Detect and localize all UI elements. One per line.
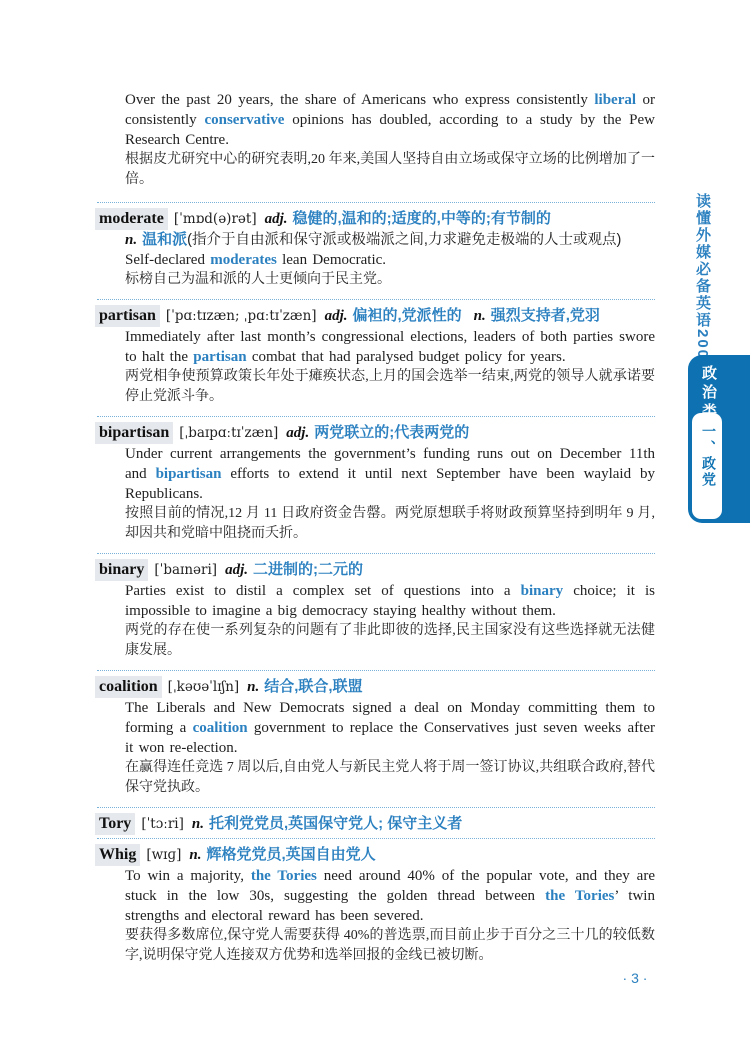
example-sentence: Immediately after last month’s congressi… — [125, 327, 655, 367]
highlighted-term: conservative — [204, 112, 284, 128]
example-sentence: Over the past 20 years, the share of Ame… — [125, 90, 655, 150]
highlighted-term: the Tories — [251, 868, 317, 884]
translation-text: 按照目前的情况,12 月 11 日政府资金告罄。两党原想联手将财政预算坚持到明年… — [125, 504, 655, 544]
translation-text: 在赢得连任竞选 7 周以后,自由党人与新民主党人将于周一签订协议,共组联合政府,… — [125, 758, 655, 798]
dict-entry: bipartisan[ˌbaɪpɑːtɪˈzæn]adj.两党联立的;代表两党的… — [97, 416, 655, 553]
highlighted-term: partisan — [193, 349, 246, 365]
dict-entry: Tory[ˈtɔːri]n.托利党党员,英国保守党人; 保守主义者 — [97, 807, 655, 838]
definition-text: n.辉格党党员,英国自由党人 — [189, 846, 375, 863]
headword: binary — [95, 559, 148, 581]
category-tab: 政治类 一、政党 — [688, 355, 750, 523]
content-column: Over the past 20 years, the share of Ame… — [97, 90, 655, 975]
definition-text: n.结合,联合,联盟 — [247, 678, 362, 695]
example-sentence: Self-declared moderates lean Democratic. — [125, 250, 655, 270]
entry-body: Immediately after last month’s congressi… — [97, 327, 655, 407]
definition-text: n.托利党党员,英国保守党人; 保守主义者 — [192, 815, 462, 832]
entry-body: Parties exist to distil a complex set of… — [97, 581, 655, 661]
phonetic: [ˈmɒd(ə)rət] — [174, 211, 257, 227]
dict-entry: partisan[ˈpɑːtɪzæn; ˌpɑːtɪˈzæn]adj.偏袒的,党… — [97, 299, 655, 416]
translation-text: 要获得多数席位,保守党人需要获得 40%的普选票,而目前止步于百分之三十几的较低… — [125, 926, 655, 966]
phonetic: [ˌkəʊəˈlɪʃn] — [168, 679, 239, 695]
example-sentence: To win a majority, the Tories need aroun… — [125, 866, 655, 926]
dict-entry: moderate[ˈmɒd(ə)rət]adj.稳健的,温和的;适度的,中等的;… — [97, 202, 655, 299]
translation-text: 根据皮尤研究中心的研究表明,20 年来,美国人坚持自由立场或保守立场的比例增加了… — [125, 150, 655, 190]
translation-text: 两党的存在使一系列复杂的问题有了非此即彼的选择,民主国家没有这些选择就无法健康发… — [125, 621, 655, 661]
phonetic: [ˈpɑːtɪzæn; ˌpɑːtɪˈzæn] — [166, 308, 317, 324]
headword: moderate — [95, 208, 168, 230]
phonetic: [ˈbaɪnəri] — [154, 562, 217, 578]
page-number: · 3 · — [600, 970, 670, 986]
entry-headline: Whig[wɪɡ]n.辉格党党员,英国自由党人 — [97, 844, 655, 866]
entry-body: The Liberals and New Democrats signed a … — [97, 698, 655, 798]
entry-headline: bipartisan[ˌbaɪpɑːtɪˈzæn]adj.两党联立的;代表两党的 — [97, 422, 655, 444]
translation-text: 标榜自己为温和派的人士更倾向于民主党。 — [125, 270, 655, 290]
entry-headline: binary[ˈbaɪnəri]adj.二进制的;二元的 — [97, 559, 655, 581]
highlighted-term: the Tories — [545, 888, 614, 904]
highlighted-term: bipartisan — [156, 466, 222, 482]
dict-entry: binary[ˈbaɪnəri]adj.二进制的;二元的 Parties exi… — [97, 553, 655, 670]
entry-body: Under current arrangements the governmen… — [97, 444, 655, 544]
highlighted-term: liberal — [594, 92, 636, 108]
definition-text: adj.稳健的,温和的;适度的,中等的;有节制的 — [265, 210, 551, 227]
entry-headline: moderate[ˈmɒd(ə)rət]adj.稳健的,温和的;适度的,中等的;… — [97, 208, 655, 230]
entry-body: n.温和派(指介于自由派和保守派或极端派之间,力求避免走极端的人士或观点) Se… — [97, 230, 655, 290]
phonetic: [ˌbaɪpɑːtɪˈzæn] — [179, 425, 278, 441]
entry-list: moderate[ˈmɒd(ə)rət]adj.稳健的,温和的;适度的,中等的;… — [97, 202, 655, 975]
headword: Whig — [95, 844, 140, 866]
phonetic: [wɪɡ] — [146, 847, 181, 863]
translation-text: 两党相争使预算政策长年处于瘫痪状态,上月的国会选举一结束,两党的领导人就承诺要停… — [125, 367, 655, 407]
headword: partisan — [95, 305, 160, 327]
intro-example-block: Over the past 20 years, the share of Ame… — [97, 90, 655, 190]
definition-text: adj.两党联立的;代表两党的 — [286, 424, 469, 441]
definition-text: adj.偏袒的,党派性的n.强烈支持者,党羽 — [325, 307, 600, 324]
book-page: Over the past 20 years, the share of Ame… — [0, 0, 750, 1049]
highlighted-term: coalition — [193, 720, 248, 736]
entry-headline: Tory[ˈtɔːri]n.托利党党员,英国保守党人; 保守主义者 — [97, 813, 655, 835]
headword: Tory — [95, 813, 135, 835]
highlighted-term: binary — [521, 583, 564, 599]
headword: bipartisan — [95, 422, 173, 444]
headword: coalition — [95, 676, 162, 698]
example-sentence: The Liberals and New Democrats signed a … — [125, 698, 655, 758]
example-sentence: Parties exist to distil a complex set of… — [125, 581, 655, 621]
highlighted-term: moderates — [210, 252, 277, 268]
section-tab: 一、政党 — [692, 413, 722, 519]
phonetic: [ˈtɔːri] — [141, 816, 184, 832]
secondary-definition: n.温和派(指介于自由派和保守派或极端派之间,力求避免走极端的人士或观点) — [125, 230, 655, 250]
entry-headline: partisan[ˈpɑːtɪzæn; ˌpɑːtɪˈzæn]adj.偏袒的,党… — [97, 305, 655, 327]
entry-headline: coalition[ˌkəʊəˈlɪʃn]n.结合,联合,联盟 — [97, 676, 655, 698]
entry-body: To win a majority, the Tories need aroun… — [97, 866, 655, 966]
dict-entry: Whig[wɪɡ]n.辉格党党员,英国自由党人 To win a majorit… — [97, 838, 655, 975]
example-sentence: Under current arrangements the governmen… — [125, 444, 655, 504]
definition-text: adj.二进制的;二元的 — [225, 561, 363, 578]
dict-entry: coalition[ˌkəʊəˈlɪʃn]n.结合,联合,联盟 The Libe… — [97, 670, 655, 807]
section-tab-label: 一、政党 — [699, 424, 719, 488]
